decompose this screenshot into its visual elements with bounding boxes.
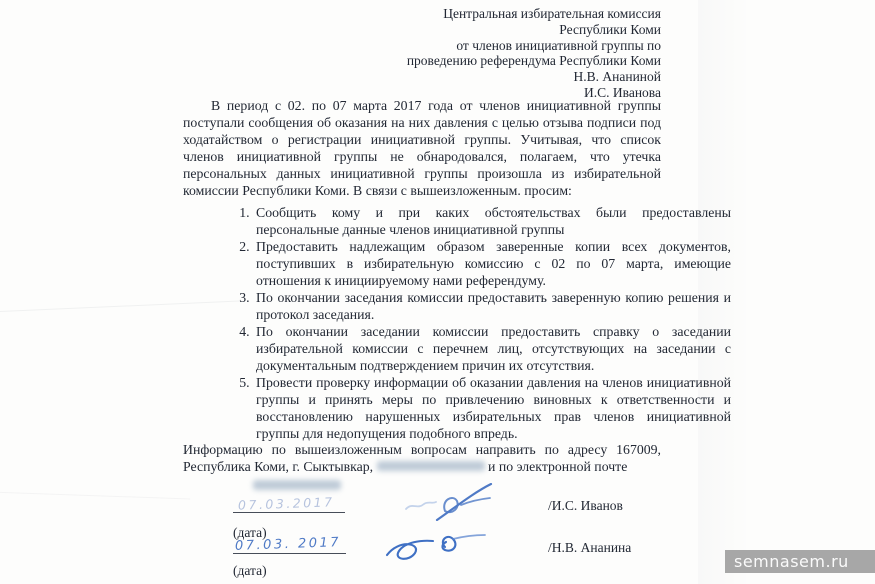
requests-list: Сообщить кому и при каких обстоятельства… — [183, 204, 731, 442]
sender-name-line: Н.В. Ананиной — [183, 69, 661, 85]
recipient-line: Центральная избирательная комиссия — [183, 6, 661, 22]
request-item: Сообщить кому и при каких обстоятельства… — [253, 204, 731, 238]
recipient-address-block: Центральная избирательная комиссия Респу… — [183, 6, 661, 101]
signature-line — [233, 553, 346, 554]
handwritten-date-ananina: 07.03. 2017 — [235, 535, 342, 554]
handwritten-date-ivanov: 07.03.2017 — [238, 494, 335, 512]
intro-paragraph: В период с 02. по 07 марта 2017 года от … — [183, 97, 661, 199]
ananina-signature-drawing — [383, 531, 487, 561]
date-caption: (дата) — [233, 563, 267, 579]
redacted-email-address — [253, 480, 341, 490]
sender-line: проведению референдума Республики Коми — [183, 53, 661, 69]
signatory-name-ivanov: /И.С. Иванов — [548, 498, 623, 514]
reply-address-paragraph: Информацию по вышеизложенным вопросам на… — [183, 441, 661, 475]
request-item: Провести проверку информации об оказании… — [253, 374, 731, 442]
scan-crease — [0, 492, 190, 510]
request-item: Предоставить надлежащим образом заверенн… — [253, 238, 731, 289]
ivanov-signature-drawing — [403, 483, 495, 521]
signatory-name-ananina: /Н.В. Ананина — [548, 540, 631, 556]
scanned-letter-page: Центральная избирательная комиссия Респу… — [0, 0, 875, 584]
redacted-street-address — [377, 461, 485, 471]
recipient-line: Республики Коми — [183, 22, 661, 38]
sender-line: от членов инициативной группы по — [183, 38, 661, 54]
request-item: По окончании заседания комиссии предоста… — [253, 289, 731, 323]
watermark-badge: semnasem.ru — [725, 550, 875, 573]
signature-line — [233, 512, 345, 513]
reply-email-text: и по электронной почте — [488, 459, 627, 474]
request-item: По окончании заседании комиссии предоста… — [253, 323, 731, 374]
